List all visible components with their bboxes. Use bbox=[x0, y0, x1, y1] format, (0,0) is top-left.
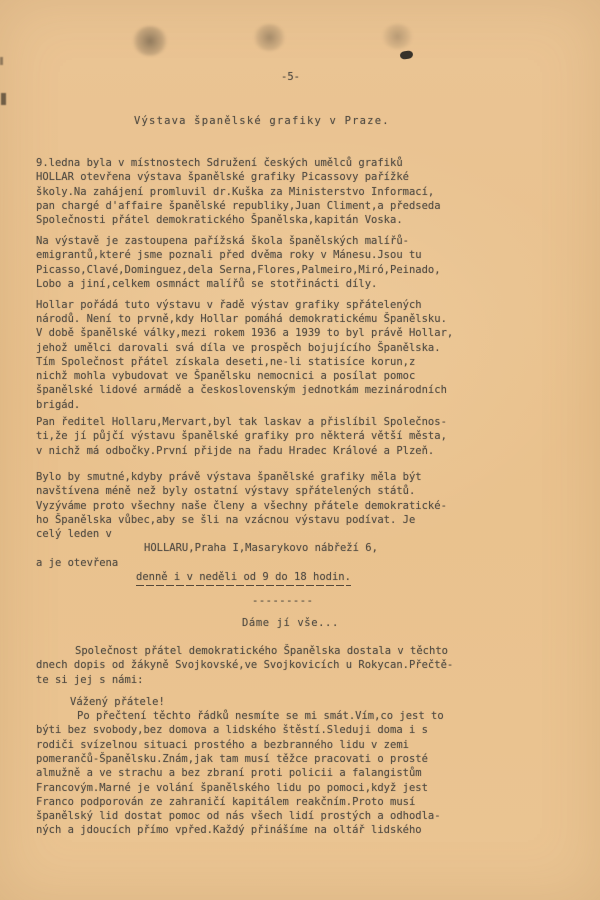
article1-paragraph-1: 9.ledna byla v místnostech Sdružení česk… bbox=[36, 156, 576, 227]
scanned-typewritten-page: -5- Výstava španělské grafiky v Praze. 9… bbox=[0, 0, 600, 900]
letter-body: Po přečtení těchto řádků nesmíte se mi s… bbox=[36, 709, 576, 838]
page-body: 9.ledna byla v místnostech Sdružení česk… bbox=[36, 156, 576, 838]
article1-title: Výstava španělské grafiky v Praze. bbox=[134, 115, 390, 127]
article1-paragraph-2: Na výstavě je zastoupena pařížská škola … bbox=[36, 234, 576, 291]
edge-mark bbox=[1, 93, 6, 105]
article1-paragraph-5: Bylo by smutné,kdyby právě výstava španě… bbox=[36, 470, 576, 541]
letter-salutation: Vážený přátele! bbox=[70, 695, 576, 709]
venue-address: HOLLARU,Praha I,Masarykovo nábřeží 6, bbox=[144, 541, 576, 555]
ink-smudge bbox=[132, 26, 168, 56]
opening-hours: denně i v neděli od 9 do 18 hodin. bbox=[136, 570, 576, 586]
ink-smudge bbox=[382, 24, 413, 49]
article1-paragraph-3: Hollar pořádá tuto výstavu v řadě výstav… bbox=[36, 298, 576, 412]
section-divider: --------- bbox=[252, 594, 576, 608]
opening-hours-text: denně i v neděli od 9 do 18 hodin. bbox=[136, 570, 351, 586]
ink-smudge bbox=[253, 24, 286, 51]
article1-paragraph-4: Pan ředitel Hollaru,Mervart,byl tak lask… bbox=[36, 415, 576, 458]
page-number: -5- bbox=[281, 71, 300, 83]
edge-mark bbox=[0, 57, 3, 65]
opening-intro: a je otevřena bbox=[36, 556, 576, 570]
article2-title: Dáme jí vše... bbox=[242, 616, 576, 630]
article2-intro: Společnost přátel demokratického Španěls… bbox=[36, 644, 576, 687]
ink-blot bbox=[400, 50, 414, 60]
